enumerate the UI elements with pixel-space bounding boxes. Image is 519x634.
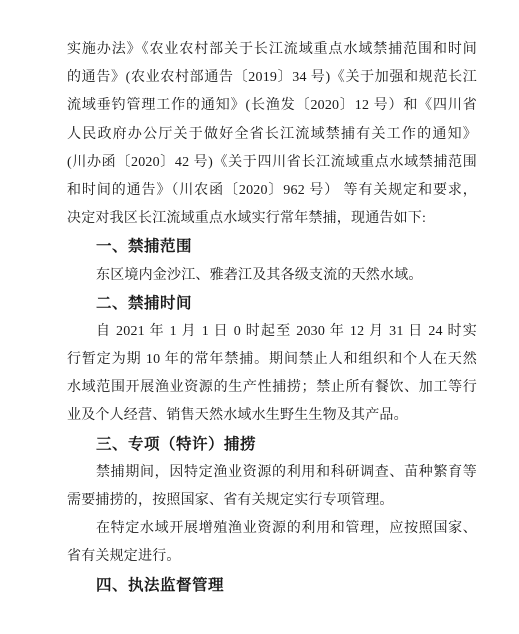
document-line: 水域范围开展渔业资源的生产性捕捞；禁止所有餐饮、加工等行 xyxy=(67,374,477,402)
document-line: 禁捕期间，因特定渔业资源的利用和科研调查、苗种繁育等 xyxy=(67,459,477,487)
document-line: (川办函〔2020〕42 号)《关于四川省长江流域重点水域禁捕范围 xyxy=(67,149,477,177)
document-line: 流域垂钓管理工作的通知》(长渔发〔2020〕12 号）和《四川省 xyxy=(67,92,477,120)
document-line: 在特定水域开展增殖渔业资源的利用和管理，应按照国家、 xyxy=(67,515,477,543)
document-line: 自 2021 年 1 月 1 日 0 时起至 2030 年 12 月 31 日 … xyxy=(67,318,477,346)
document-line: 决定对我区长江流域重点水域实行常年禁捕，现通告如下: xyxy=(67,205,477,233)
document-line: 东区境内金沙江、雅砻江及其各级支流的天然水域。 xyxy=(67,262,477,290)
section-heading: 四、执法监督管理 xyxy=(67,572,477,600)
section-heading: 三、专项（特许）捕捞 xyxy=(67,431,477,459)
section-heading: 一、禁捕范围 xyxy=(67,233,477,261)
document-line: 省有关规定进行。 xyxy=(67,543,477,571)
document-line: 业及个人经营、销售天然水域水生野生生物及其产品。 xyxy=(67,402,477,430)
document-line: 行暂定为期 10 年的常年禁捕。期间禁止人和组织和个人在天然 xyxy=(67,346,477,374)
document-line: 的通告》(农业农村部通告〔2019〕34 号)《关于加强和规范长江 xyxy=(67,64,477,92)
notice-document-page: 实施办法》《农业农村部关于长江流域重点水域禁捕范围和时间 的通告》(农业农村部通… xyxy=(0,0,519,634)
document-line: 需要捕捞的，按照国家、省有关规定实行专项管理。 xyxy=(67,487,477,515)
document-line: 人民政府办公厅关于做好全省长江流域禁捕有关工作的通知》 xyxy=(67,121,477,149)
document-line: 实施办法》《农业农村部关于长江流域重点水域禁捕范围和时间 xyxy=(67,36,477,64)
notice-body: 实施办法》《农业农村部关于长江流域重点水域禁捕范围和时间 的通告》(农业农村部通… xyxy=(67,36,477,600)
section-heading: 二、禁捕时间 xyxy=(67,290,477,318)
document-line: 和时间的通告》（川农函〔2020〕962 号） 等有关规定和要求， xyxy=(67,177,477,205)
